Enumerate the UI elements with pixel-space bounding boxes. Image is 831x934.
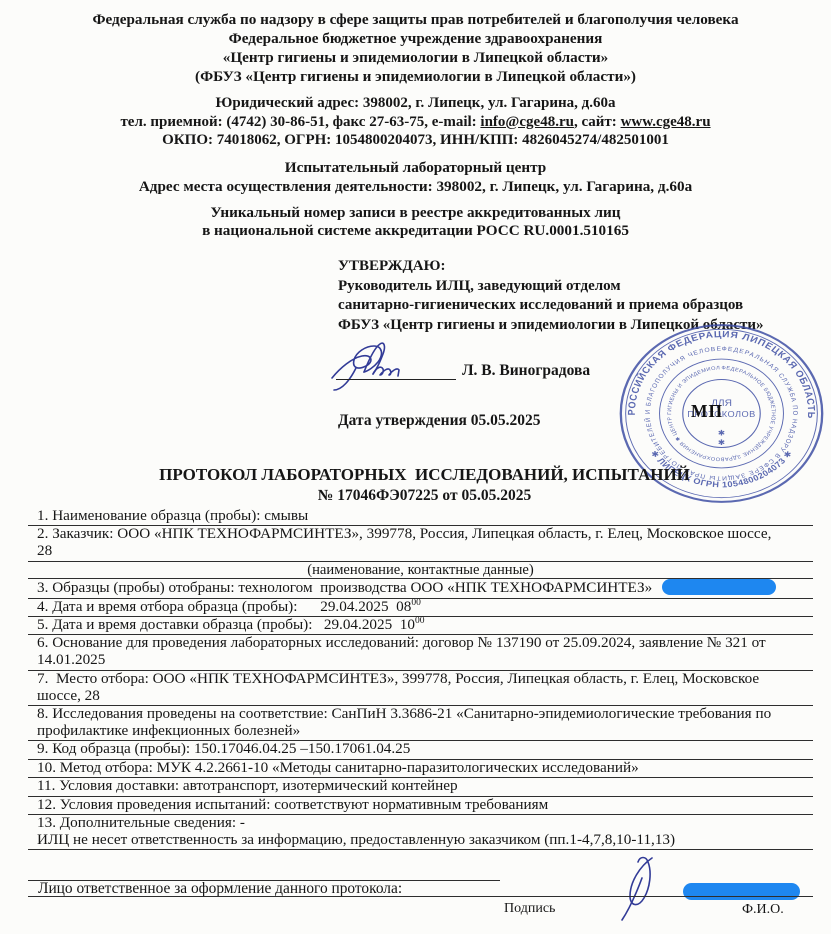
protocol-number: № 17046ФЭ07225 от 05.05.2025 bbox=[18, 486, 831, 506]
table-row: 4. Дата и время отбора образца (пробы): … bbox=[28, 599, 813, 617]
approval-date: Дата утверждения 05.05.2025 bbox=[338, 412, 541, 430]
row-text: 7. Место отбора: ООО «НПК ТЕХНОФАРМСИНТЕ… bbox=[37, 670, 759, 704]
approver-signature bbox=[322, 334, 472, 396]
row-text: (наименование, контактные данные) bbox=[307, 562, 534, 578]
email-link[interactable]: info@cge48.ru bbox=[480, 114, 574, 130]
approval-line: санитарно-гигиенических исследований и п… bbox=[338, 296, 764, 316]
row-text: 11. Условия доставки: автотранспорт, изо… bbox=[37, 777, 458, 794]
table-row: 8. Исследования проведены на соответстви… bbox=[28, 706, 813, 741]
ilc-address: Адрес места осуществления деятельности: … bbox=[0, 177, 831, 196]
table-row: 12. Условия проведения испытаний: соотве… bbox=[28, 797, 813, 815]
mp-label: МП bbox=[691, 401, 723, 422]
row-text: 8. Исследования проведены на соответстви… bbox=[37, 705, 771, 739]
letterhead: Федеральная служба по надзору в сфере за… bbox=[0, 10, 831, 241]
table-row: 9. Код образца (пробы): 150.17046.04.25 … bbox=[28, 741, 813, 759]
phone-fax-text: тел. приемной: (4742) 30-86-51, факс 27-… bbox=[120, 114, 480, 130]
row-caption: (наименование, контактные данные) bbox=[28, 562, 813, 580]
row-text: 12. Условия проведения испытаний: соотве… bbox=[37, 796, 548, 813]
row-text: 6. Основание для проведения лабораторных… bbox=[37, 634, 766, 668]
approval-title: УТВЕРЖДАЮ: bbox=[338, 257, 764, 277]
phone-line: тел. приемной: (4742) 30-86-51, факс 27-… bbox=[0, 113, 831, 132]
letterhead-line: Федеральное бюджетное учреждение здравоо… bbox=[0, 29, 831, 48]
row-text: 2. Заказчик: ООО «НПК ТЕХНОФАРМСИНТЕЗ», … bbox=[37, 525, 771, 559]
contact-block: Юридический адрес: 398002, г. Липецк, ул… bbox=[0, 94, 831, 150]
table-row: 5. Дата и время доставки образца (пробы)… bbox=[28, 617, 813, 635]
table-row: 13. Дополнительные сведения: -ИЛЦ не нес… bbox=[28, 815, 813, 850]
accreditation-line: Уникальный номер записи в реестре аккред… bbox=[0, 204, 831, 223]
time-superscript: 00 bbox=[415, 616, 425, 626]
website-link[interactable]: www.cge48.ru bbox=[621, 114, 711, 130]
site-label: , сайт: bbox=[574, 114, 621, 130]
letterhead-line: Федеральная служба по надзору в сфере за… bbox=[0, 10, 831, 29]
row-note: ИЛЦ не несет ответственность за информац… bbox=[37, 832, 813, 849]
redaction-box bbox=[662, 579, 776, 595]
table-row: 11. Условия доставки: автотранспорт, изо… bbox=[28, 778, 813, 796]
time-superscript: 00 bbox=[411, 598, 421, 608]
registry-codes: ОКПО: 74018062, ОГРН: 1054800204073, ИНН… bbox=[0, 131, 831, 150]
protocol-title: ПРОТОКОЛ ЛАБОРАТОРНЫХ ИССЛЕДОВАНИЙ, ИСПЫ… bbox=[18, 464, 831, 485]
approval-line: Руководитель ИЛЦ, заведующий отделом bbox=[338, 277, 764, 297]
footer-underline bbox=[28, 896, 813, 897]
signer-name: Л. В. Виноградова bbox=[462, 362, 590, 380]
ilc-title: Испытательный лабораторный центр bbox=[0, 158, 831, 177]
row-text: 1. Наименование образца (пробы): смывы bbox=[37, 507, 308, 524]
protocol-document: Федеральная служба по надзору в сфере за… bbox=[0, 0, 831, 934]
row-text: 3. Образцы (пробы) отобраны: технологом … bbox=[37, 579, 652, 596]
legal-address: Юридический адрес: 398002, г. Липецк, ул… bbox=[0, 94, 831, 113]
responsible-signature bbox=[600, 852, 680, 922]
table-row: 2. Заказчик: ООО «НПК ТЕХНОФАРМСИНТЕЗ», … bbox=[28, 526, 813, 561]
signature-caption: Подпись bbox=[504, 901, 555, 917]
accreditation-block: Уникальный номер записи в реестре аккред… bbox=[0, 204, 831, 241]
row-text: 13. Дополнительные сведения: - bbox=[37, 814, 245, 831]
fio-caption: Ф.И.О. bbox=[742, 902, 784, 918]
redaction-box-fio bbox=[683, 883, 800, 900]
table-row: 7. Место отбора: ООО «НПК ТЕХНОФАРМСИНТЕ… bbox=[28, 671, 813, 706]
ilc-block: Испытательный лабораторный центр Адрес м… bbox=[0, 158, 831, 196]
row-text: 4. Дата и время отбора образца (пробы): … bbox=[37, 598, 411, 615]
stamp-star-icon: ✱ bbox=[718, 429, 725, 437]
signature-underline bbox=[336, 379, 456, 380]
letterhead-line: «Центр гигиены и эпидемиологии в Липецко… bbox=[0, 48, 831, 67]
table-row: 3. Образцы (пробы) отобраны: технологом … bbox=[28, 579, 813, 598]
table-row: 10. Метод отбора: МУК 4.2.2661-10 «Метод… bbox=[28, 760, 813, 778]
stamp-star-icon: ✱ bbox=[718, 438, 725, 446]
title-block: ПРОТОКОЛ ЛАБОРАТОРНЫХ ИССЛЕДОВАНИЙ, ИСПЫ… bbox=[0, 464, 831, 506]
row-text: 10. Метод отбора: МУК 4.2.2661-10 «Метод… bbox=[37, 759, 639, 776]
table-row: 6. Основание для проведения лабораторных… bbox=[28, 635, 813, 670]
table-row: 1. Наименование образца (пробы): смывы bbox=[28, 508, 813, 526]
row-text: 9. Код образца (пробы): 150.17046.04.25 … bbox=[37, 740, 410, 757]
protocol-rows: 1. Наименование образца (пробы): смывы2.… bbox=[28, 508, 813, 850]
row-text: 5. Дата и время доставки образца (пробы)… bbox=[37, 616, 415, 633]
accreditation-line: в национальной системе аккредитации РОСС… bbox=[0, 222, 831, 241]
letterhead-line: (ФБУЗ «Центр гигиены и эпидемиологии в Л… bbox=[0, 67, 831, 86]
